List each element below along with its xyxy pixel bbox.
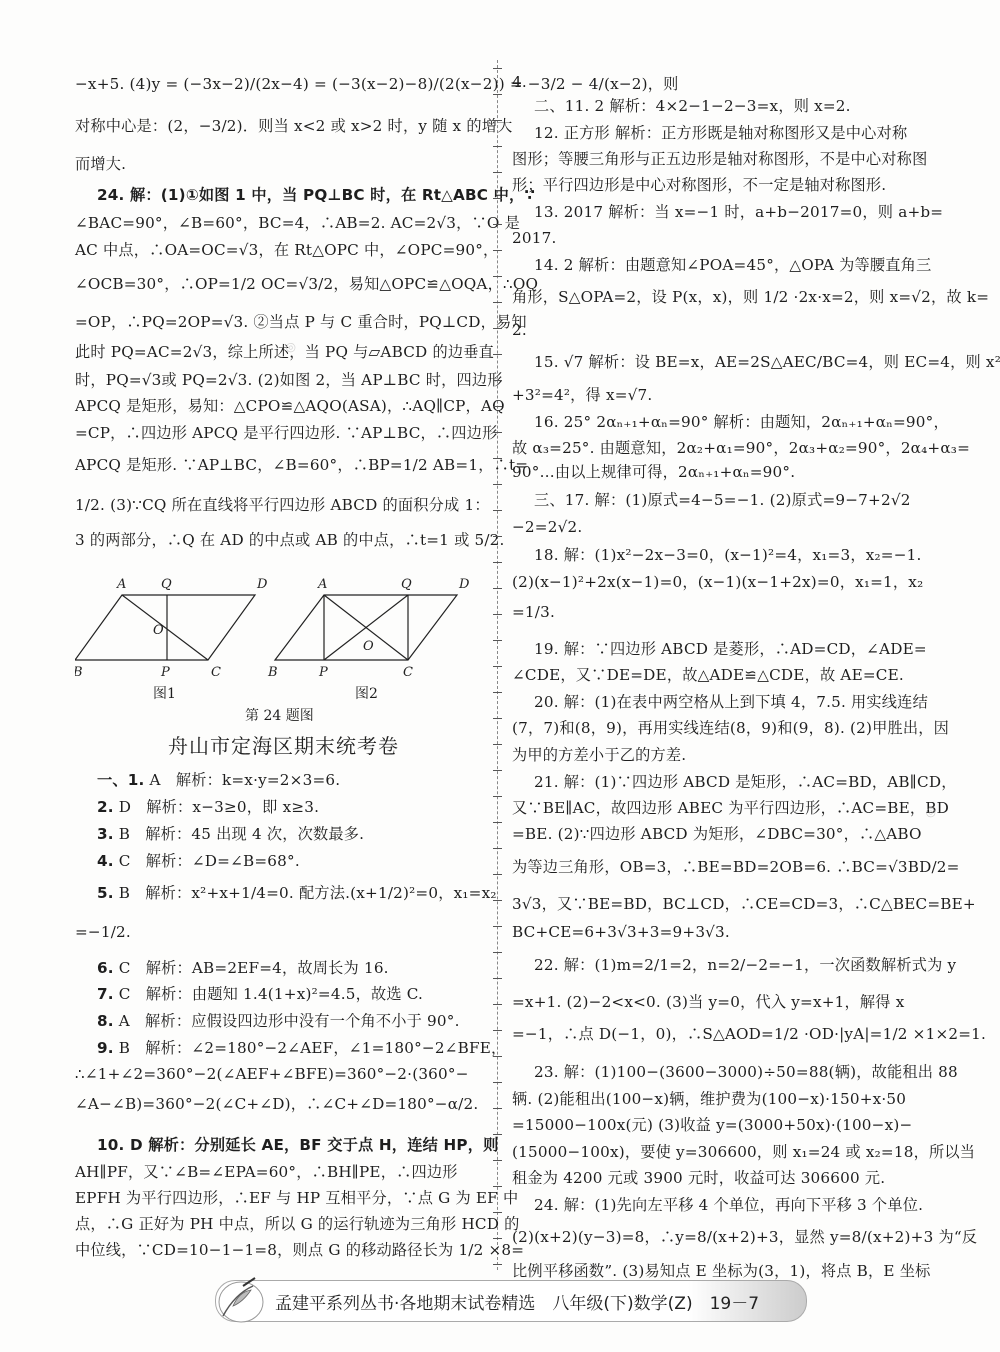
text-line: 22. 解：(1)m=2/1=2，n=2/−2=−1，一次函数解析式为 y (534, 955, 956, 975)
fig1-label-o: O (153, 623, 164, 638)
divider-tick (493, 146, 502, 147)
text-line: 3√3，又∵BE=BD，BC⊥CD，∴CE=CD=3，∴C△BEC=BE+ (512, 894, 976, 914)
fig2-label-q: Q (401, 577, 412, 592)
answer-number: 7. (97, 985, 114, 1003)
divider-tick (493, 1082, 502, 1083)
text-line: 20. 解：(1)在表中两空格从上到下填 4，7.5. 用实线连结 (534, 692, 928, 712)
answer-continuation: ∴∠1+∠2=360°−2(∠AEF+∠BFE)=360°−2·(360°− (75, 1064, 469, 1084)
answer-number: 8. (97, 1012, 114, 1030)
divider-tick (493, 822, 502, 823)
divider-tick (493, 120, 502, 121)
answer-item: 7. C 解析：由题知 1.4(1+x)²=4.5，故选 C. (97, 984, 423, 1004)
answer-number: 一、1. (97, 771, 145, 789)
answer-choice: D (119, 798, 131, 816)
text-line: 14. 2 解析：由题意知∠POA=45°，△OPA 为等腰直角三 (534, 255, 931, 275)
answer-explanation: 解析：应假设四边形中没有一个角不小于 90°. (145, 1012, 460, 1030)
divider-tick (493, 796, 502, 797)
divider-tick (493, 718, 502, 719)
answer-continuation: =−1/2. (75, 922, 131, 942)
text-line: 12. 正方形 解析：正方形既是轴对称图形又是中心对称 (534, 123, 907, 143)
answer-explanation: 解析：x²+x+1/4=0. 配方法.(x+1/2)²=0，x₁=x₂ (145, 884, 496, 902)
fig2-label-p: P (318, 665, 328, 680)
divider-tick (493, 640, 502, 641)
divider-tick (493, 458, 502, 459)
text-line: 又∵BE∥AC，故四边形 ABEC 为平行四边形，∴AC=BE，BD (512, 798, 949, 818)
text-line: (15000−100x)，要使 y=306600，则 x₁=24 或 x₂=18… (512, 1142, 975, 1162)
divider-tick (493, 1134, 502, 1135)
divider-tick (493, 68, 502, 69)
text-line: 18. 解：(1)x²−2x−3=0，(x−1)²=4，x₁=3，x₂=−1. (534, 545, 922, 565)
text-line: −x+5. (4)y = (−3x−2)/(2x−4) = (−3(x−2)−8… (75, 74, 679, 94)
divider-tick (493, 770, 502, 771)
text-line: 时，PQ=√3或 PQ=2√3. (2)如图 2，当 AP⊥BC 时，四边形 (75, 370, 503, 390)
answer-choice: C (119, 985, 131, 1003)
text-line: 形；平行四边形是中心对称图形，不一定是轴对称图形. (512, 175, 886, 195)
answer-choice: B (119, 825, 130, 843)
text-line: =1/3. (512, 602, 555, 622)
divider-tick (493, 1004, 502, 1005)
figure-24-detailed: A Q D O B P C A Q D O B P C (75, 570, 475, 680)
divider-tick (493, 1238, 502, 1239)
answer-explanation: 解析：x−3≥0，即 x≥3. (146, 798, 319, 816)
answer-continuation: AH∥PF，又∵∠B=∠EPA=60°，∴BH∥PE，∴四边形 (75, 1162, 458, 1182)
divider-tick (493, 926, 502, 927)
divider-tick (493, 302, 502, 303)
answer-item: 8. A 解析：应假设四边形中没有一个角不小于 90°. (97, 1011, 460, 1031)
text-line: =15000−100x(元) (3)收益 y=(3000+50x)·(100−x… (512, 1115, 912, 1135)
section-title: 舟山市定海区期末统考卷 (168, 730, 399, 759)
fig2-label-c: C (403, 665, 413, 680)
divider-tick (493, 250, 502, 251)
answer-explanation: 解析：AB=2EF=4，故周长为 16. (146, 959, 389, 977)
text-line: 21. 解：(1)∵四边形 ABCD 是矩形，∴AC=BD，AB∥CD， (534, 772, 957, 792)
divider-tick (493, 562, 502, 563)
answer-number: 2. (97, 798, 114, 816)
text-line: 而增大. (75, 154, 126, 174)
text-line: 24. 解：(1)①如图 1 中，当 PQ⊥BC 时，在 Rt△ABC 中，∵ (97, 185, 535, 205)
quill-leaf-icon (213, 1272, 273, 1327)
text-line: 15. √7 解析：设 BE=x，AE=2S△AEC/BC=4，则 EC=4，则… (534, 352, 1000, 372)
text-line: 2. (512, 320, 527, 340)
divider-tick (493, 848, 502, 849)
answer-choice: A (150, 771, 161, 789)
divider-tick (493, 94, 502, 95)
text-line: APCQ 是矩形. ∵AP⊥BC，∠B=60°，∴BP=1/2 AB=1，∴t= (75, 455, 528, 475)
figure-1-label: 图1 (153, 683, 176, 703)
divider-tick (493, 874, 502, 875)
text-line: 3 的两部分，∴Q 在 AD 的中点或 AB 的中点，∴t=1 或 5/2. (75, 530, 505, 550)
fig1-label-b: B (75, 665, 83, 680)
text-line: +3²=4²，得 x=√7. (512, 385, 652, 405)
answer-item: 5. B 解析：x²+x+1/4=0. 配方法.(x+1/2)²=0，x₁=x₂ (97, 883, 497, 903)
answer-number: 6. (97, 959, 114, 977)
text-line: 租金为 4200 元或 3900 元时，收益可达 306600 元. (512, 1168, 885, 1188)
figure-2-label: 图2 (355, 683, 378, 703)
text-line: =OP，∴PQ=2OP=√3. ②当点 P 与 C 重合时，PQ⊥CD，易知 (75, 312, 527, 332)
text-line: −2=2√2. (512, 517, 582, 537)
text-line: 比例平移函数”. (3)易知点 E 坐标为(3，1)，将点 B，E 坐标 (512, 1261, 931, 1281)
divider-tick (493, 172, 502, 173)
divider-tick (493, 666, 502, 667)
answer-choice: C (119, 959, 131, 977)
divider-tick (493, 744, 502, 745)
fig2-label-b: B (267, 665, 278, 680)
answer-continuation: 点，∴G 正好为 PH 中点，所以 G 的运行轨迹为三角形 HCD 的 (75, 1214, 520, 1234)
answer-choice: C (119, 852, 131, 870)
answer-item: 3. B 解析：45 出现 4 次，次数最多. (97, 824, 364, 844)
fig1-label-q: Q (161, 577, 172, 592)
divider-tick (493, 354, 502, 355)
divider-tick (493, 536, 502, 537)
answer-item: 9. B 解析：∠2=180°−2∠AEF，∠1=180°−2∠BFE， (97, 1038, 506, 1058)
text-line: 16. 25° 2αₙ₊₁+αₙ=90° 解析：由题知，2αₙ₊₁+αₙ=90°… (534, 412, 949, 432)
divider-tick (493, 1212, 502, 1213)
divider-tick (493, 588, 502, 589)
text-line: 为等边三角形，OB=3，∴BE=BD=2OB=6. ∴BC=√3BD/2= (512, 857, 960, 877)
answer-item: 6. C 解析：AB=2EF=4，故周长为 16. (97, 958, 389, 978)
fig1-label-a: A (116, 577, 126, 592)
text-line: ∠CDE，又∵DE=DE，故△ADE≌△CDE，故 AE=CE. (512, 665, 904, 685)
answer-explanation: 解析：∠2=180°−2∠AEF，∠1=180°−2∠BFE， (145, 1039, 506, 1057)
divider-tick (493, 484, 502, 485)
text-line: (2)(x−1)²+2x(x−1)=0，(x−1)(x−1+2x)=0，x₁=1… (512, 572, 923, 592)
divider-tick (493, 614, 502, 615)
fig2-label-o: O (363, 639, 374, 654)
answer-continuation: 中位线，∵CD=10−1−1=8，则点 G 的移动路径长为 1/2 ×8= (75, 1240, 524, 1260)
fig1-label-p: P (160, 665, 170, 680)
answer-explanation: 解析：45 出现 4 次，次数最多. (145, 825, 364, 843)
text-line: BC+CE=6+3√3+3=9+3√3. (512, 922, 730, 942)
divider-tick (493, 978, 502, 979)
divider-tick (493, 510, 502, 511)
divider-tick (493, 1160, 502, 1161)
answer-item: 4. C 解析：∠D=∠B=68°. (97, 851, 300, 871)
text-line: APCQ 是矩形，易知：△CPO≌△AQO(ASA)，∴AQ∥CP，AQ (75, 396, 505, 416)
divider-tick (493, 900, 502, 901)
answer-number: 5. (97, 884, 114, 902)
text-line: =CP，∴四边形 APCQ 是平行四边形. ∵AP⊥BC，∴四边形 (75, 423, 497, 443)
answer-explanation: 解析：k=x·y=2×3=6. (176, 771, 340, 789)
divider-tick (493, 1030, 502, 1031)
text-line: =−1，∴点 D(−1，0)，∴S△AOD=1/2 ·OD·|yA|=1/2 ×… (512, 1024, 986, 1044)
text-line: 19. 解：∵四边形 ABCD 是菱形，∴AD=CD，∠ADE= (534, 639, 927, 659)
fig2-label-a: A (317, 577, 327, 592)
answer-item: 一、1. A 解析：k=x·y=2×3=6. (97, 770, 340, 790)
answer-choice: B (119, 1039, 130, 1057)
text-line: ∠BAC=90°，∠B=60°，BC=4，∴AB=2. AC=2√3，∵O 是 (75, 213, 520, 233)
text-line: 1/2. (3)∵CQ 所在直线将平行四边形 ABCD 的面积分成 1： (75, 495, 490, 515)
answer-number: 3. (97, 825, 114, 843)
answer-explanation: 解析：由题知 1.4(1+x)²=4.5，故选 C. (146, 985, 423, 1003)
answer-item: 2. D 解析：x−3≥0，即 x≥3. (97, 797, 319, 817)
text-line: =BE. (2)∵四边形 ABCD 为矩形，∠DBC=30°，∴△ABO (512, 824, 922, 844)
text-line: 13. 2017 解析：当 x=−1 时，a+b−2017=0，则 a+b= (534, 202, 943, 222)
text-line: 故 α₃=25°. 由题意知，2α₂+α₁=90°，2α₃+α₂=90°，2α₄… (512, 438, 970, 458)
text-line: ∠OCB=30°，∴OP=1/2 OC=√3/2，易知△OPC≌△OQA，∴OQ (75, 274, 538, 294)
divider-tick (493, 1186, 502, 1187)
fig1-label-d: D (256, 577, 268, 592)
divider-tick (493, 432, 502, 433)
text-line: 24. 解：(1)先向左平移 4 个单位，再向下平移 3 个单位. (534, 1195, 923, 1215)
text-line: 4. (512, 72, 527, 92)
text-line: 23. 解：(1)100−(3600−3000)÷50=88(辆)，故能租出 8… (534, 1062, 958, 1082)
divider-tick (493, 198, 502, 199)
text-line: 为甲的方差小于乙的方差. (512, 745, 686, 765)
divider-tick (493, 1108, 502, 1109)
divider-tick (493, 406, 502, 407)
text-line: 三、17. 解：(1)原式=4−5=−1. (2)原式=9−7+2√2 (534, 490, 911, 510)
answer-continuation: ∠A−∠B)=360°−2(∠C+∠D)，∴∠C+∠D=180°−α/2. (75, 1094, 478, 1114)
answer-choice: B (119, 884, 130, 902)
answer-item-10: 10. D 解析：分别延长 AE，BF 交于点 H，连结 HP，则 (97, 1135, 498, 1155)
divider-tick (493, 1056, 502, 1057)
answer-explanation: 解析：∠D=∠B=68°. (146, 852, 300, 870)
divider-tick (493, 328, 502, 329)
text-line: 二、11. 2 解析：4×2−1−2−3=x，则 x=2. (534, 96, 851, 116)
text-line: 角形，S△OPA=2，设 P(x，x)，则 1/2 ·2x·x=2，则 x=√2… (512, 287, 989, 307)
footer-text: 孟建平系列丛书·各地期末试卷精选 八年级(下)数学(Z) 19－7 (275, 1289, 759, 1314)
text-line: =x+1. (2)−2<x<0. (3)当 y=0，代入 y=x+1，解得 x (512, 992, 904, 1012)
divider-tick (493, 692, 502, 693)
answer-continuation: EPFH 为平行四边形，∴EF 与 HP 互相平分，∵点 G 为 EF 中 (75, 1188, 518, 1208)
divider-tick (493, 952, 502, 953)
text-line: 图形；等腰三角形与正五边形是轴对称图形，不是中心对称图 (512, 149, 927, 169)
text-line: 2017. (512, 228, 556, 248)
divider-tick (493, 224, 502, 225)
text-line: AC 中点，∴OA=OC=√3，在 Rt△OPC 中，∠OPC=90°， (75, 240, 498, 260)
answer-number: 4. (97, 852, 114, 870)
figure-caption: 第 24 题图 (245, 705, 314, 725)
text-line: (2)(x+2)(y−3)=8，∴y=8/(x+2)+3，显然 y=8/(x+2… (512, 1227, 977, 1247)
divider-tick (493, 380, 502, 381)
divider-tick (493, 276, 502, 277)
text-line: (7，7)和(8，9)，再用实线连结(8，9)和(9，8). (2)甲胜出，因 (512, 718, 949, 738)
fig2-label-d: D (458, 577, 470, 592)
divider-tick (493, 1264, 502, 1265)
answer-choice: A (119, 1012, 130, 1030)
fig1-label-c: C (211, 665, 221, 680)
answer-number: 9. (97, 1039, 114, 1057)
text-line: 辆. (2)能租出(100−x)辆，维护费为(100−x)·150+x·50 (512, 1089, 906, 1109)
text-line: 90°…由以上规律可得，2αₙ₊₁+αₙ=90°. (512, 462, 795, 482)
text-line: 对称中心是：(2，−3/2)．则当 x<2 或 x>2 时，y 随 x 的增大 (75, 116, 513, 136)
